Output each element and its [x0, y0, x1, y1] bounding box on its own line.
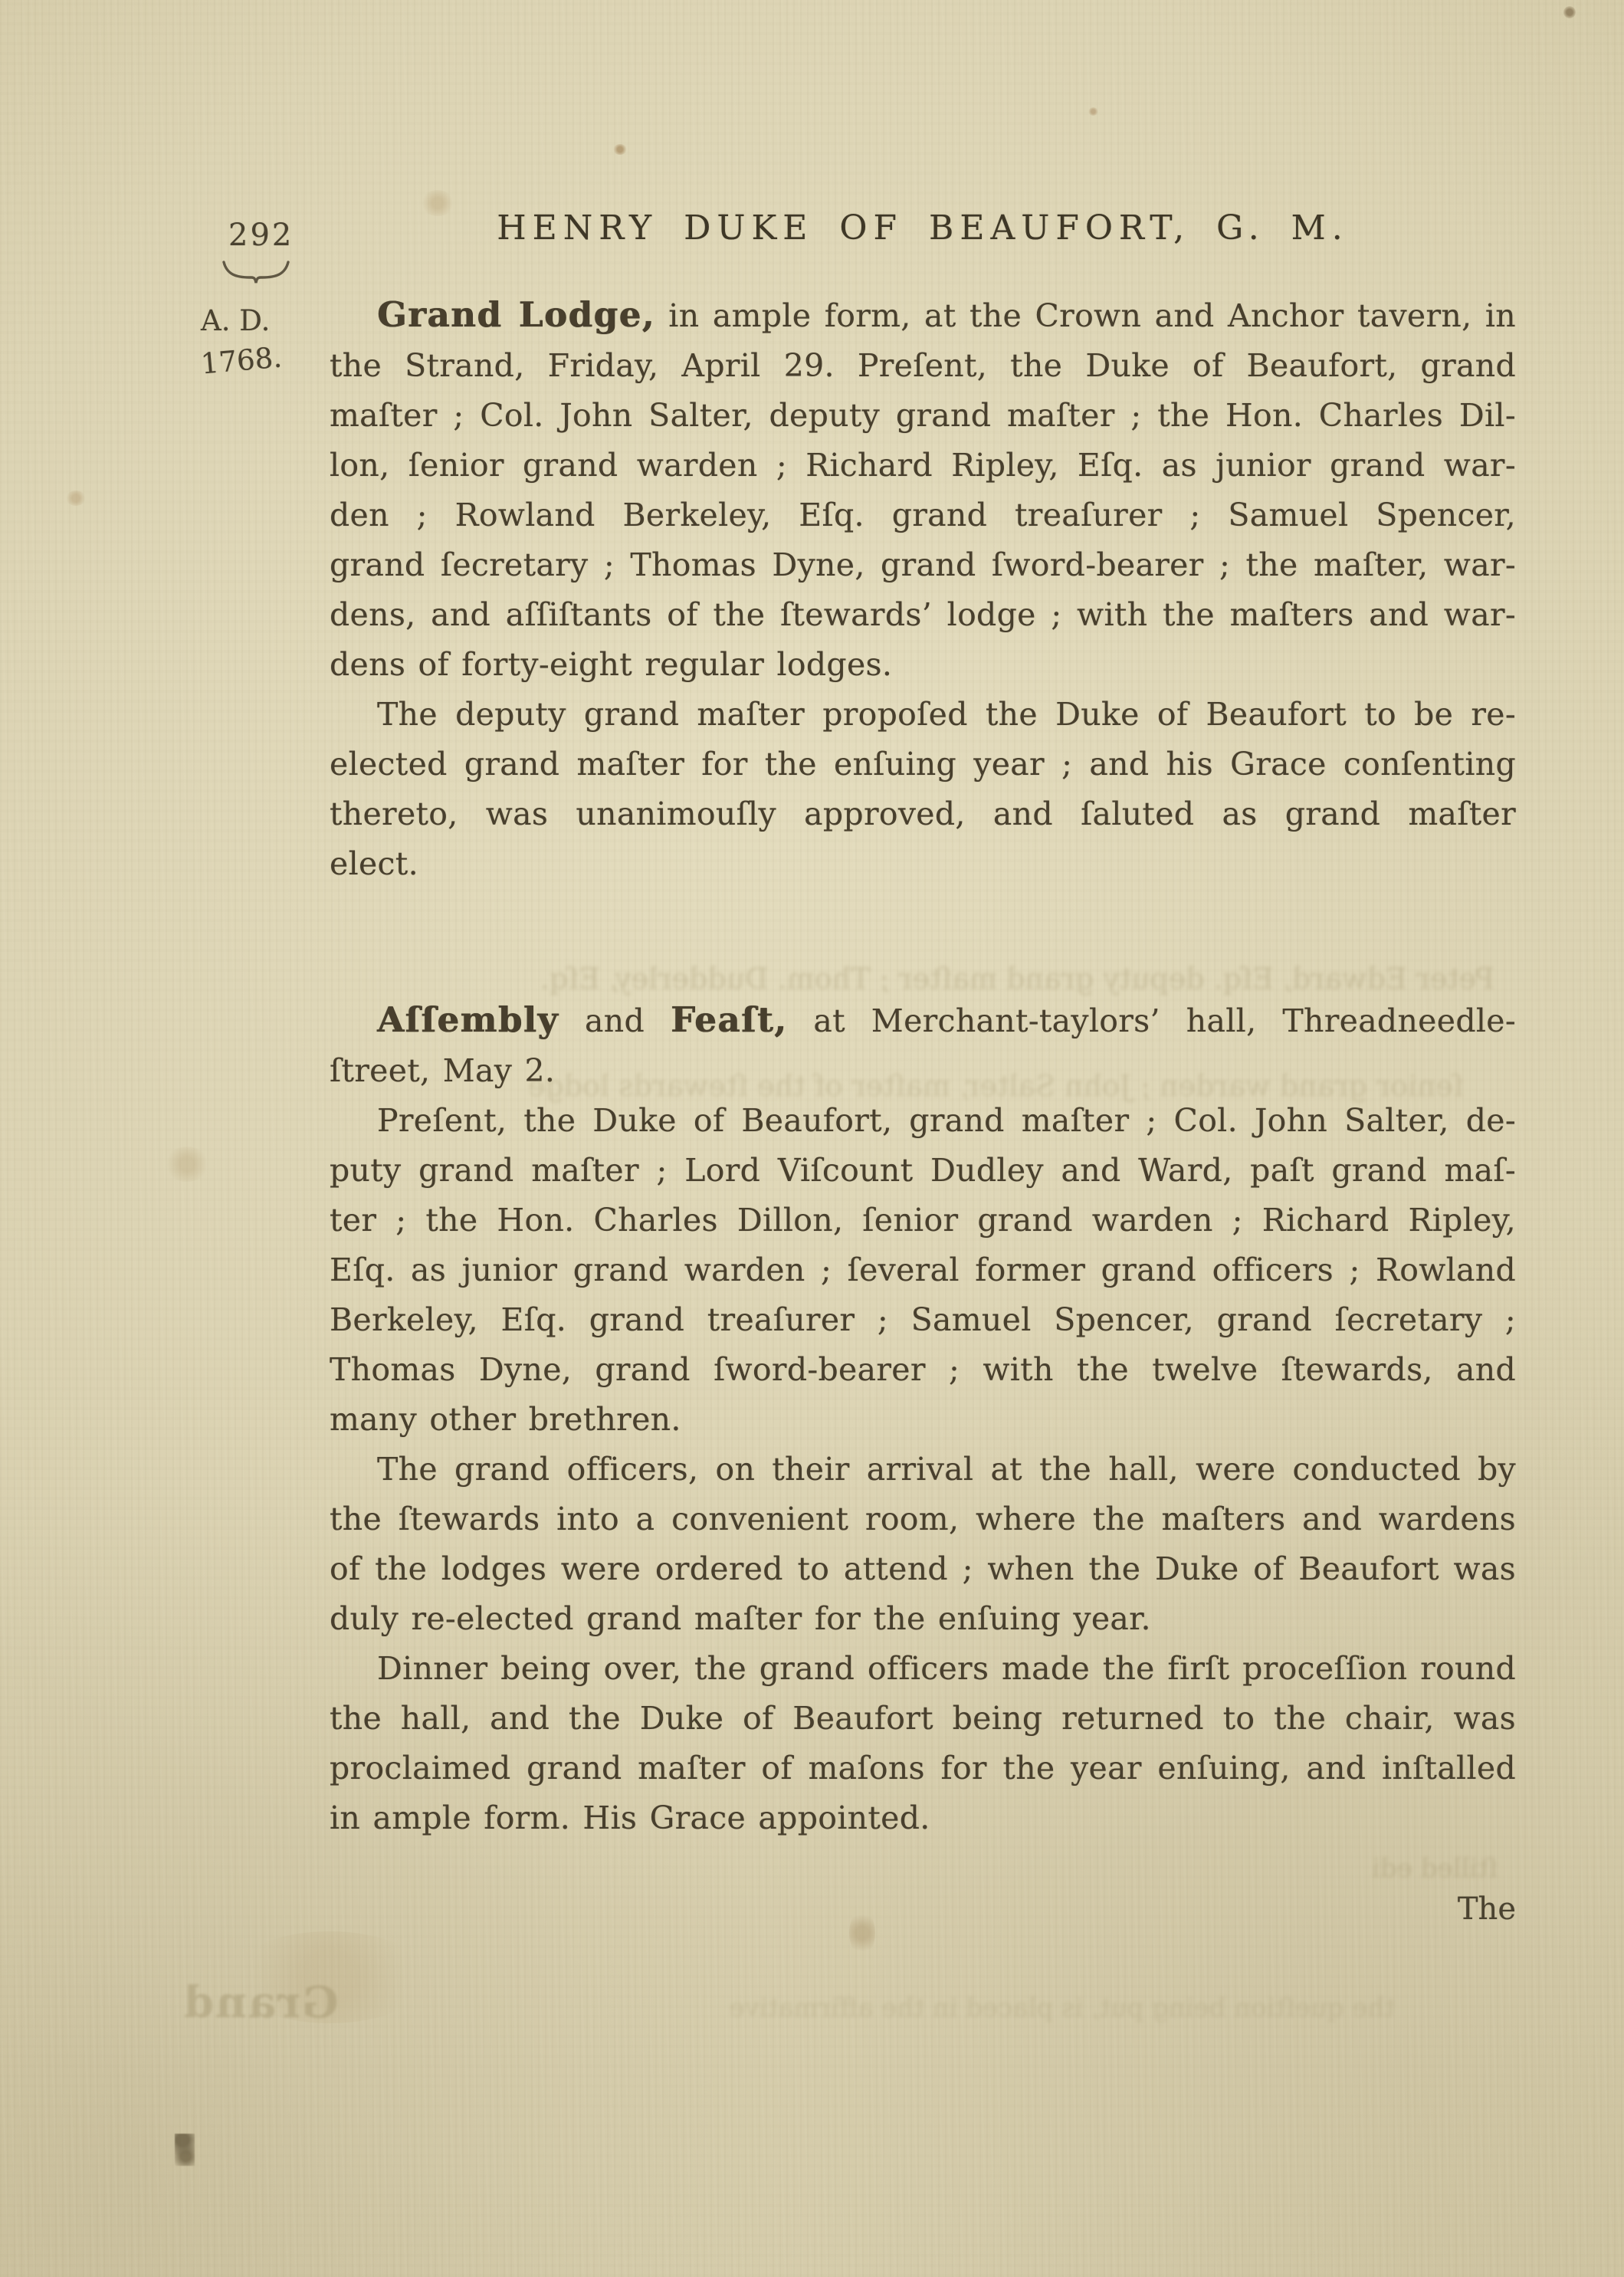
- paragraph-block-1: Grand Lodge, in ample form, at the Crown…: [330, 290, 1516, 889]
- paragraph-block-2: Aſſembly and Feaſt, at Merchant-taylors’…: [330, 995, 1516, 1843]
- body-text: puty grand maſter ; Lord Viſcount Dudley…: [330, 1152, 1516, 1189]
- text-line: Preſent, the Duke of Beaufort, grand maſ…: [330, 1096, 1516, 1146]
- text-line: duly re-elected grand maſter for the enſ…: [330, 1594, 1516, 1644]
- body-text: ter ; the Hon. Charles Dillon, ſenior gr…: [330, 1202, 1516, 1239]
- text-line: The deputy grand maſter propoſed the Duk…: [330, 690, 1516, 740]
- paper-stain: [1563, 6, 1576, 18]
- text-line: lon, ſenior grand warden ; Richard Riple…: [330, 441, 1516, 491]
- body-text: Eſq. as junior grand warden ; ſeveral fo…: [330, 1252, 1516, 1288]
- page-number: 292: [228, 218, 294, 253]
- text-line: den ; Rowland Berkeley, Eſq. grand treaſ…: [330, 491, 1516, 540]
- blackletter-text: Grand Lodge,: [377, 294, 655, 335]
- text-line: thereto, was unanimouſly approved, and ſ…: [330, 789, 1516, 839]
- text-line: Grand Lodge, in ample form, at the Crown…: [330, 290, 1516, 341]
- body-text: The deputy grand maſter propoſed the Duk…: [377, 696, 1516, 733]
- paper-stain: [1088, 107, 1098, 116]
- body-text: The grand officers, on their arrival at …: [377, 1451, 1516, 1488]
- text-line: ſtreet, May 2.: [330, 1046, 1516, 1096]
- bleedthrough-text: the queſtion being put, is placed in the…: [475, 1993, 1395, 2023]
- body-text: ſtreet, May 2.: [330, 1052, 555, 1089]
- body-text: at Merchant-taylors’ hall, Threadneedle-: [787, 1002, 1516, 1039]
- text-line: Eſq. as junior grand warden ; ſeveral fo…: [330, 1245, 1516, 1295]
- ink-smudge: [175, 2134, 195, 2166]
- text-line: elect.: [330, 839, 1516, 889]
- brace-ornament-icon: [221, 258, 291, 288]
- body-text: the hall, and the Duke of Beaufort being…: [330, 1700, 1516, 1737]
- body-text: elected grand maſter for the enſuing yea…: [330, 746, 1516, 783]
- text-line: Thomas Dyne, grand ſword-bearer ; with t…: [330, 1345, 1516, 1395]
- body-text: Preſent, the Duke of Beaufort, grand maſ…: [377, 1102, 1516, 1139]
- text-line: many other brethren.: [330, 1395, 1516, 1445]
- text-line: grand ſecretary ; Thomas Dyne, grand ſwo…: [330, 540, 1516, 590]
- blackletter-text: Feaſt,: [671, 999, 787, 1040]
- bleedthrough-text: Grand: [182, 1977, 338, 2028]
- body-text: dens of forty-eight regular lodges.: [330, 646, 892, 683]
- body-text: maſter ; Col. John Salter, deputy grand …: [330, 397, 1516, 434]
- body-text: dens, and aſſiſtants of the ſtewards’ lo…: [330, 596, 1516, 633]
- margin-note-ad: A. D.: [201, 304, 270, 337]
- body-text: Thomas Dyne, grand ſword-bearer ; with t…: [330, 1351, 1516, 1388]
- body-text: elect.: [330, 845, 418, 882]
- body-text: of the lodges were ordered to attend ; w…: [330, 1550, 1516, 1587]
- running-header: HENRY DUKE OF BEAUFORT, G. M.: [330, 208, 1516, 248]
- text-line: maſter ; Col. John Salter, deputy grand …: [330, 391, 1516, 441]
- body-text: den ; Rowland Berkeley, Eſq. grand treaſ…: [330, 497, 1516, 533]
- paper-stain: [164, 1147, 210, 1182]
- text-line: dens, and aſſiſtants of the ſtewards’ lo…: [330, 590, 1516, 640]
- blackletter-text: Aſſembly: [377, 999, 559, 1040]
- body-text: Berkeley, Eſq. grand treaſurer ; Samuel …: [330, 1301, 1516, 1338]
- body-text: and: [559, 1002, 671, 1039]
- text-line: in ample form. His Grace appointed.: [330, 1793, 1516, 1843]
- catchword: The: [330, 1891, 1516, 1927]
- text-line: proclaimed grand maſter of maſons for th…: [330, 1744, 1516, 1793]
- text-line: the ſtewards into a convenient room, whe…: [330, 1494, 1516, 1544]
- paper-stain: [613, 144, 627, 155]
- text-line: Dinner being over, the grand officers ma…: [330, 1644, 1516, 1694]
- text-line: of the lodges were ordered to attend ; w…: [330, 1544, 1516, 1594]
- body-text: the Strand, Friday, April 29. Preſent, t…: [330, 347, 1516, 384]
- body-text: the ſtewards into a convenient room, whe…: [330, 1501, 1516, 1537]
- body-text: duly re-elected grand maſter for the enſ…: [330, 1600, 1151, 1637]
- paper-stain: [66, 491, 86, 506]
- margin-date-note: A. D. 1768.: [201, 302, 300, 380]
- bleedthrough-text: ſtilled edi: [1372, 1853, 1498, 1884]
- body-text: thereto, was unanimouſly approved, and ſ…: [330, 796, 1516, 832]
- margin-note-year: 1768.: [199, 338, 284, 383]
- book-page-scan: 292 HENRY DUKE OF BEAUFORT, G. M. A. D. …: [0, 0, 1624, 2277]
- body-text: in ample form, at the Crown and Anchor t…: [655, 297, 1516, 334]
- text-line: elected grand maſter for the enſuing yea…: [330, 740, 1516, 789]
- body-text: Dinner being over, the grand officers ma…: [377, 1650, 1516, 1687]
- text-line: the Strand, Friday, April 29. Preſent, t…: [330, 341, 1516, 391]
- text-line: puty grand maſter ; Lord Viſcount Dudley…: [330, 1146, 1516, 1196]
- body-text: grand ſecretary ; Thomas Dyne, grand ſwo…: [330, 546, 1516, 583]
- text-column: Grand Lodge, in ample form, at the Crown…: [330, 290, 1516, 1843]
- body-text: in ample form. His Grace appointed.: [330, 1800, 930, 1836]
- text-line: the hall, and the Duke of Beaufort being…: [330, 1694, 1516, 1744]
- text-line: Aſſembly and Feaſt, at Merchant-taylors’…: [330, 995, 1516, 1046]
- body-text: many other brethren.: [330, 1401, 681, 1438]
- text-line: Berkeley, Eſq. grand treaſurer ; Samuel …: [330, 1295, 1516, 1345]
- text-line: dens of forty-eight regular lodges.: [330, 640, 1516, 690]
- text-line: ter ; the Hon. Charles Dillon, ſenior gr…: [330, 1196, 1516, 1245]
- text-line: The grand officers, on their arrival at …: [330, 1445, 1516, 1494]
- body-text: proclaimed grand maſter of maſons for th…: [330, 1750, 1516, 1786]
- paper-stain: [230, 1931, 429, 2023]
- body-text: lon, ſenior grand warden ; Richard Riple…: [330, 447, 1516, 484]
